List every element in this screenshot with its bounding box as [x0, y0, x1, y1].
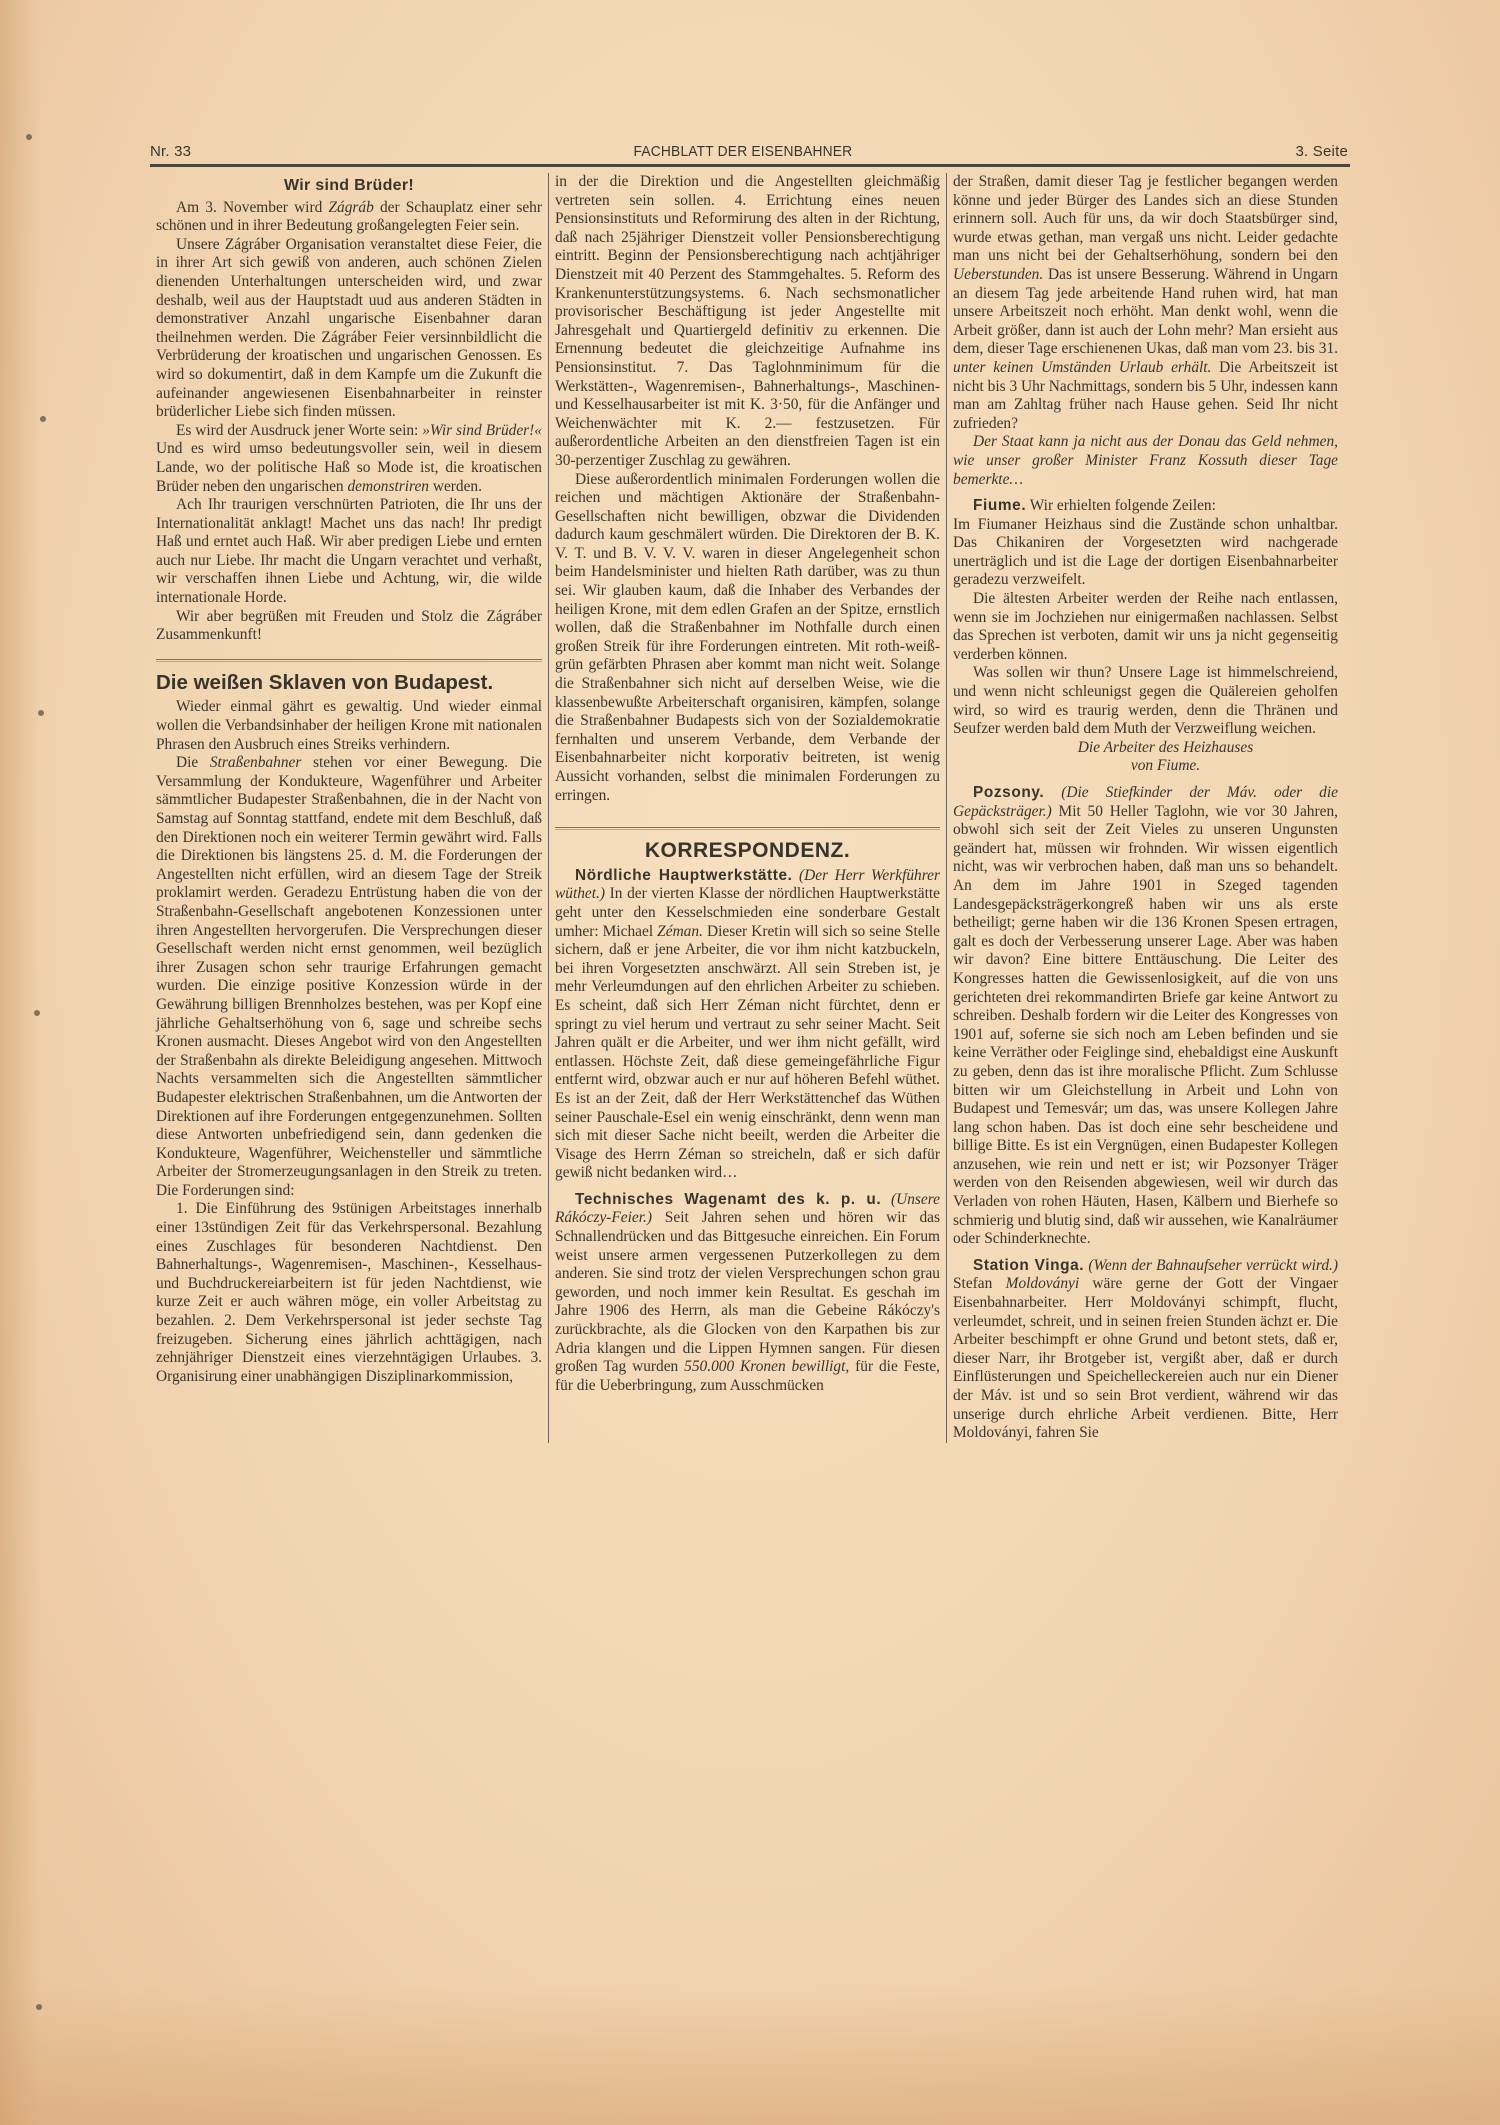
paragraph: Wieder einmal gährt es gewaltig. Und wie…	[156, 698, 542, 754]
punch-mark	[36, 2004, 42, 2010]
paragraph: Unsere Zágráber Organisation veranstalte…	[156, 236, 542, 422]
correspondent-location: Station Vinga.	[973, 1257, 1084, 1274]
page-edge-shadow	[0, 0, 40, 2125]
punch-mark	[38, 710, 44, 716]
paragraph: der Straßen, damit dieser Tag je festlic…	[953, 173, 1338, 433]
article-title-weisse-sklaven: Die weißen Sklaven von Budapest.	[156, 674, 542, 693]
article-body-weisse-sklaven: Wieder einmal gährt es gewaltig. Und wie…	[156, 698, 542, 1386]
paragraph: Diese außerordentlich minimalen Forderun…	[555, 471, 940, 806]
emphasis: Zágráb	[328, 199, 373, 216]
header-rule	[150, 164, 1350, 167]
paragraph: Wir aber begrüßen mit Freuden und Stolz …	[156, 608, 542, 645]
signature-line: Die Arbeiter des Heizhauses	[953, 739, 1338, 758]
columns: Wir sind Brüder! Am 3. November wird Zág…	[150, 173, 1350, 1443]
punch-mark	[26, 134, 32, 140]
publication-title: FACHBLATT DER EISENBAHNER	[634, 143, 853, 160]
emphasis: von Fiume.	[1131, 757, 1200, 774]
paragraph: Ach Ihr traurigen verschnürten Patrioten…	[156, 496, 542, 608]
emphasis: demonstriren	[347, 478, 429, 495]
issue-number: Nr. 33	[150, 143, 191, 160]
column-right: der Straßen, damit dieser Tag je festlic…	[946, 173, 1344, 1443]
correspondent-location: Pozsony.	[973, 784, 1044, 801]
correspondent-location: Fiume.	[973, 497, 1026, 514]
paragraph: Nördliche Hauptwerkstätte. (Der Herr Wer…	[555, 867, 940, 1183]
emphasis: Zéman.	[657, 923, 703, 940]
article-title-wir-sind-brueder: Wir sind Brüder!	[156, 177, 542, 196]
article-body-wir-sind-brueder: Am 3. November wird Zágráb der Schauplat…	[156, 199, 542, 645]
emphasis: Moldoványi	[1006, 1275, 1080, 1292]
correspondent-location: Technisches Wagenamt des k. p. u.	[575, 1191, 881, 1208]
emphasis: (Wenn der Bahnaufseher verrückt wird.)	[1088, 1257, 1338, 1274]
signature-line: von Fiume.	[953, 757, 1338, 776]
paragraph: 1. Die Einführung des 9stünigen Arbeitst…	[156, 1200, 542, 1386]
paragraph: Die Straßenbahner stehen vor einer Beweg…	[156, 754, 542, 1200]
korrespondenz-items: Nördliche Hauptwerkstätte. (Der Herr Wer…	[555, 867, 940, 1396]
emphasis: Der Staat kann ja nicht aus der Donau da…	[953, 433, 1338, 487]
column-middle: in der die Direktion und die Angestellte…	[548, 173, 946, 1443]
paragraph: Die ältesten Arbeiter werden der Reihe n…	[953, 590, 1338, 664]
paragraph: Der Staat kann ja nicht aus der Donau da…	[953, 433, 1338, 489]
paragraph: Station Vinga. (Wenn der Bahnaufseher ve…	[953, 1257, 1338, 1443]
emphasis: 550.000 Kronen bewilligt,	[684, 1358, 849, 1375]
punch-mark	[40, 416, 46, 422]
punch-mark	[34, 1010, 40, 1016]
section-divider	[555, 827, 940, 830]
paragraph: Es wird der Ausdruck jener Worte sein: »…	[156, 422, 542, 496]
emphasis: unter keinen Umständen Urlaub erhält.	[953, 359, 1211, 376]
emphasis: »Wir sind Brüder!«	[422, 422, 542, 439]
correspondent-location: Nördliche Hauptwerkstätte.	[575, 867, 793, 884]
emphasis: Die Arbeiter des Heizhauses	[1078, 739, 1253, 756]
column-left: Wir sind Brüder! Am 3. November wird Zág…	[150, 173, 548, 1443]
paragraph: Im Fiumaner Heizhaus sind die Zustände s…	[953, 516, 1338, 590]
paragraph: Was sollen wir thun? Unsere Lage ist him…	[953, 664, 1338, 738]
page-bottom-shadow	[0, 1985, 1500, 2125]
paragraph: in der die Direktion und die Angestellte…	[555, 173, 940, 471]
emphasis: Straßenbahner	[210, 754, 301, 771]
paragraph: Am 3. November wird Zágráb der Schauplat…	[156, 199, 542, 236]
paragraph: Fiume. Wir erhielten folgende Zeilen:	[953, 497, 1338, 516]
paragraph: Technisches Wagenamt des k. p. u. (Unser…	[555, 1191, 940, 1396]
article-body-weisse-sklaven-continued: in der die Direktion und die Angestellte…	[555, 173, 940, 805]
section-title-korrespondenz: KORRESPONDENZ.	[555, 842, 940, 861]
newspaper-page: Nr. 33 FACHBLATT DER EISENBAHNER 3. Seit…	[150, 140, 1350, 1443]
section-divider	[156, 659, 542, 662]
emphasis: Ueberstunden.	[953, 266, 1043, 283]
paragraph: Pozsony. (Die Stiefkinder der Máv. oder …	[953, 784, 1338, 1249]
running-header: Nr. 33 FACHBLATT DER EISENBAHNER 3. Seit…	[150, 140, 1350, 164]
korrespondenz-items-continued: der Straßen, damit dieser Tag je festlic…	[953, 173, 1338, 1443]
page-number: 3. Seite	[1296, 143, 1348, 160]
